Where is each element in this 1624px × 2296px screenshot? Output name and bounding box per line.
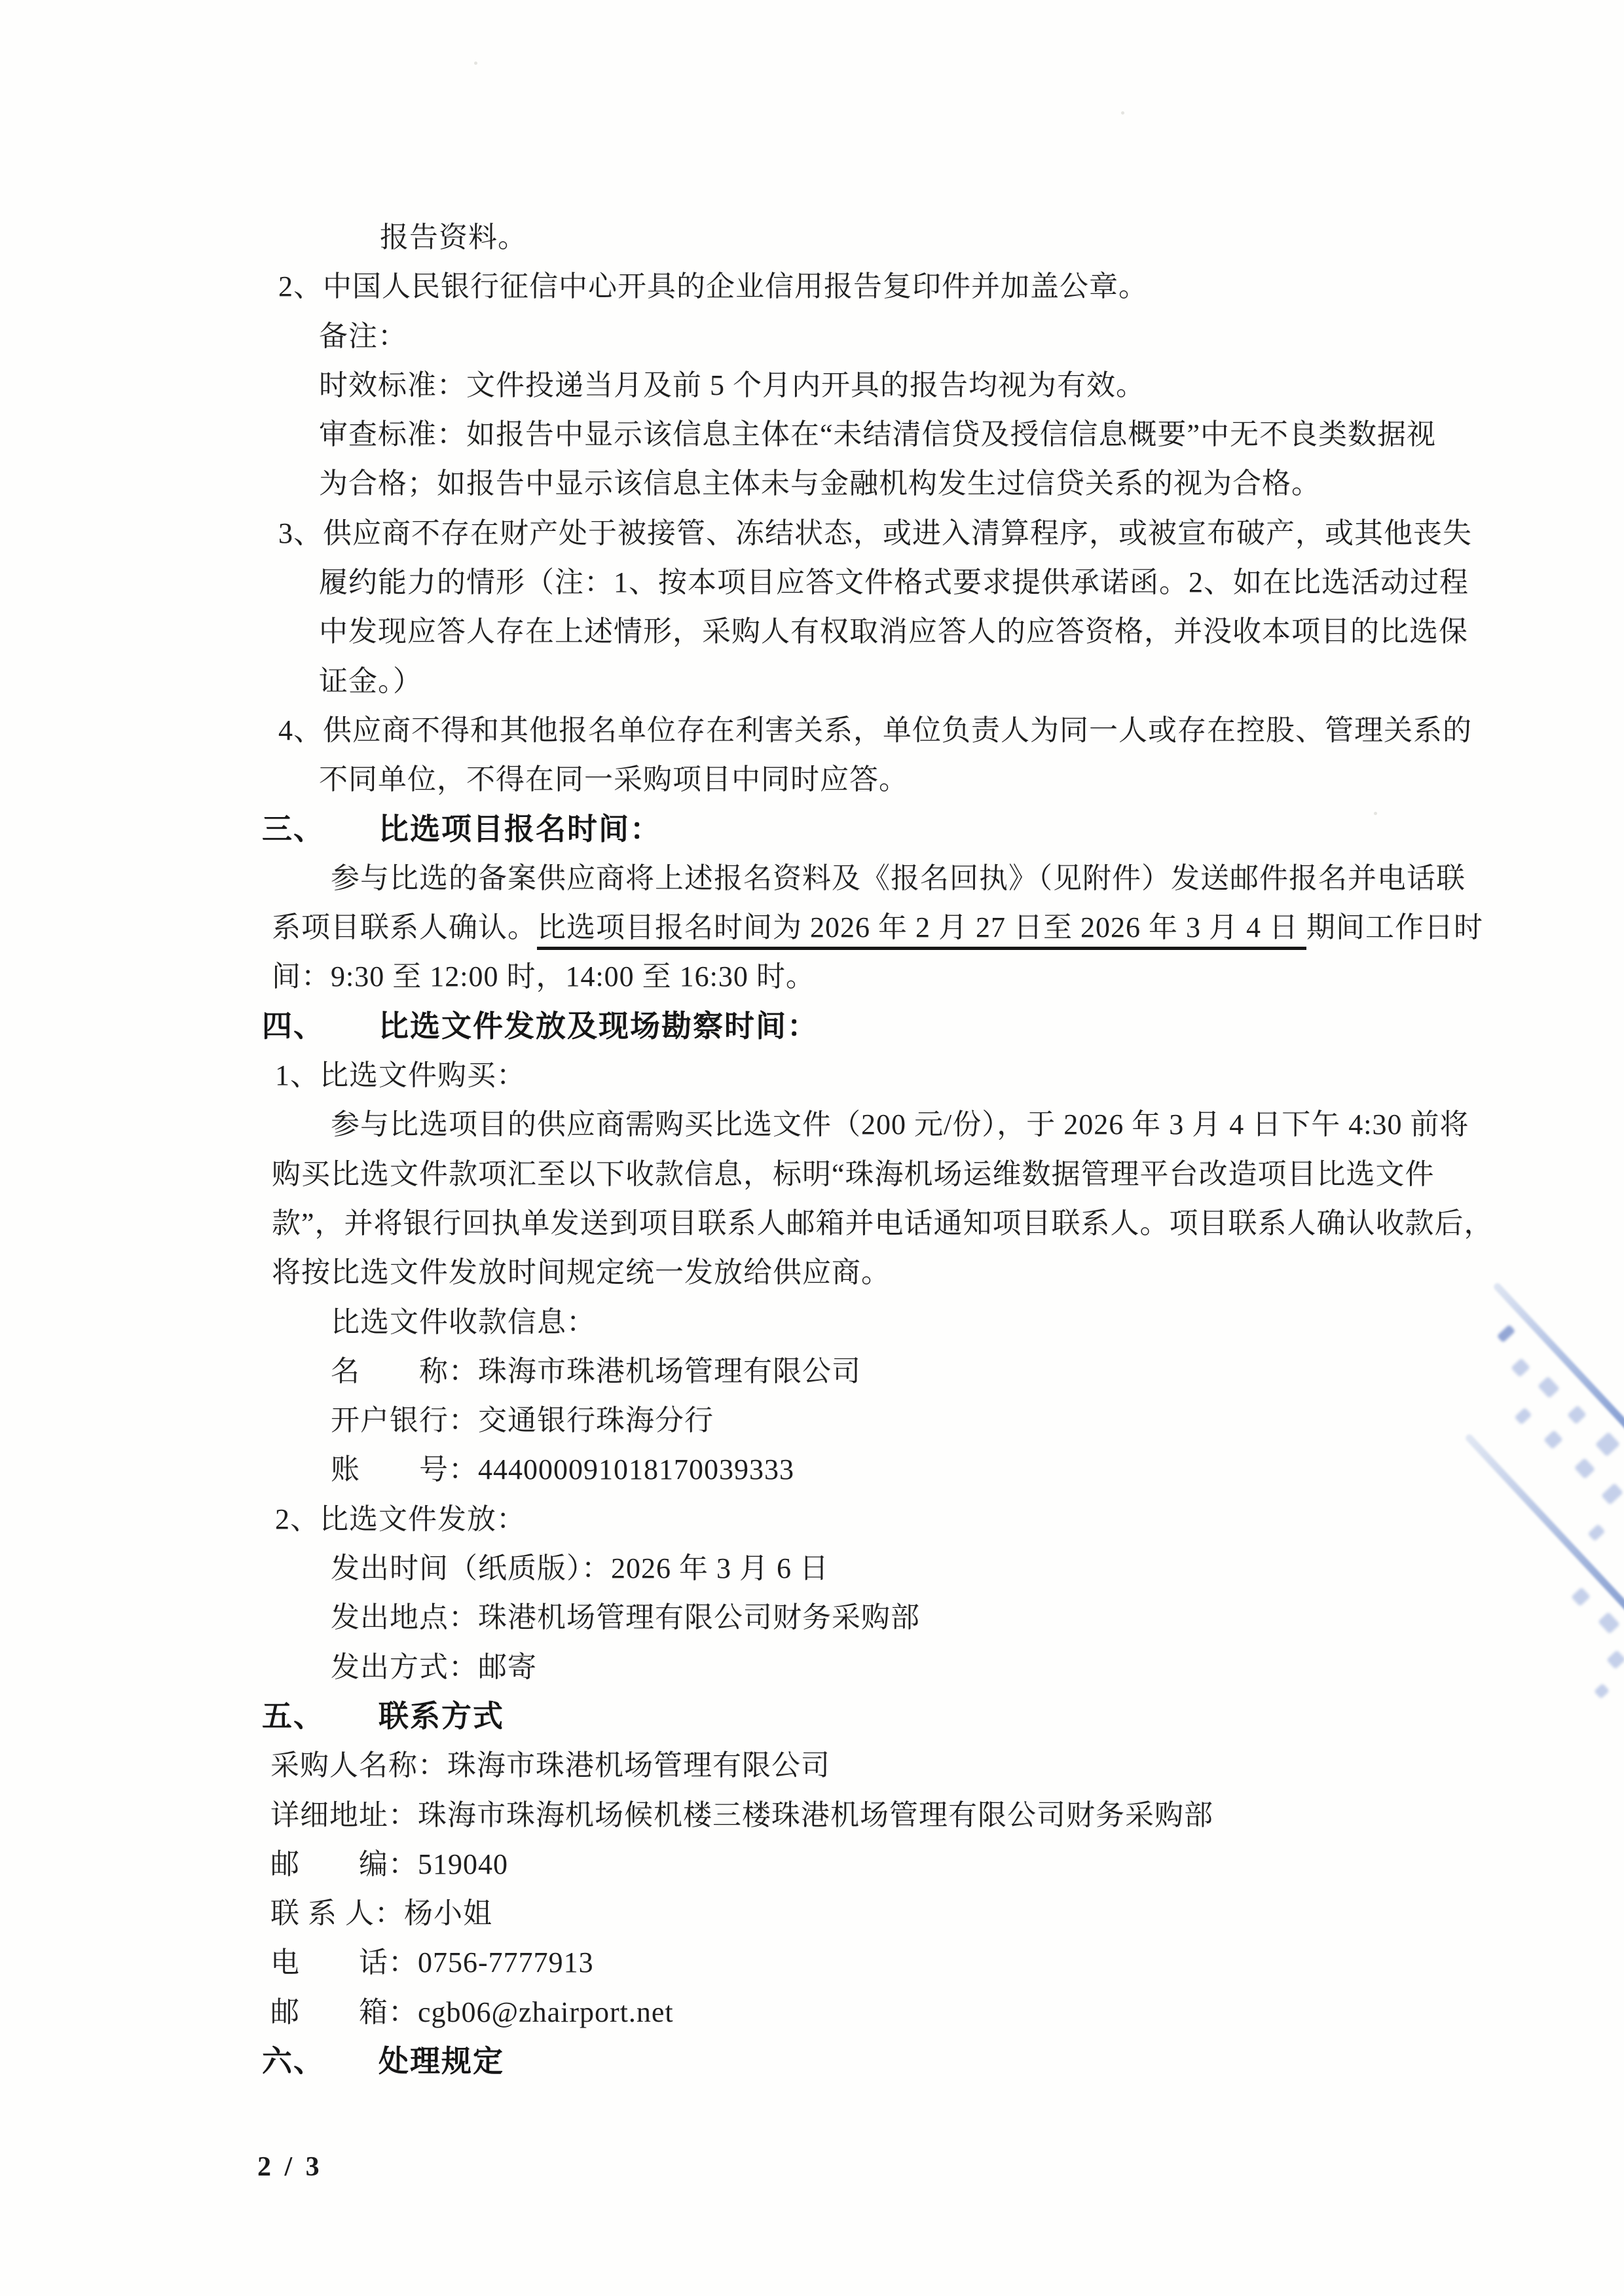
text-run: 发出方式：邮寄 xyxy=(331,1651,537,1683)
text-run: 将按比选文件发放时间规定统一发放给供应商。 xyxy=(272,1256,891,1288)
doc-line: 间：9:30 至 12:00 时，14:00 至 16:30 时。 xyxy=(0,952,1624,1001)
doc-line: 比选文件收款信息： xyxy=(0,1298,1624,1347)
doc-line: 采购人名称：珠海市珠港机场管理有限公司 xyxy=(0,1741,1624,1790)
doc-line: 系项目联系人确认。比选项目报名时间为 2026 年 2 月 27 日至 2026… xyxy=(0,903,1624,952)
doc-line: 2、比选文件发放： xyxy=(0,1495,1624,1544)
doc-line: 参与比选项目的供应商需购买比选文件（200 元/份），于 2026 年 3 月 … xyxy=(0,1100,1624,1149)
scan-speck xyxy=(1121,111,1124,115)
text-run: 3、供应商不存在财产处于被接管、冻结状态，或进入清算程序，或被宣布破产，或其他丧… xyxy=(278,517,1472,549)
text-run: 四、 xyxy=(262,1009,325,1043)
doc-line: 为合格；如报告中显示该信息主体未与金融机构发生过信贷关系的视为合格。 xyxy=(0,459,1624,508)
doc-line: 邮 编：519040 xyxy=(0,1840,1624,1889)
doc-line: 名 称：珠海市珠港机场管理有限公司 xyxy=(0,1347,1624,1396)
section-heading: 六、处理规定 xyxy=(0,2037,1624,2086)
text-run: 电 话：0756-7777913 xyxy=(270,1946,594,1978)
scan-speck xyxy=(474,62,477,65)
text-run: 2、比选文件发放： xyxy=(275,1503,526,1535)
text-run: 备注： xyxy=(319,320,407,352)
text-run: 邮 编：519040 xyxy=(270,1848,508,1880)
text-run: 期间工作日时 xyxy=(1306,911,1483,943)
doc-line: 账 号：444000091018170039333 xyxy=(0,1445,1624,1494)
text-run: 2、中国人民银行征信中心开具的企业信用报告复印件并加盖公章。 xyxy=(278,270,1148,302)
page-number: 2 / 3 xyxy=(257,2151,323,2183)
doc-line: 4、供应商不得和其他报名单位存在利害关系，单位负责人为同一人或存在控股、管理关系… xyxy=(0,706,1624,755)
text-run: 账 号：444000091018170039333 xyxy=(331,1453,794,1485)
doc-line: 参与比选的备案供应商将上述报名资料及《报名回执》（见附件）发送邮件报名并电话联 xyxy=(0,854,1624,903)
doc-line: 将按比选文件发放时间规定统一发放给供应商。 xyxy=(0,1248,1624,1297)
text-run: 名 称：珠海市珠港机场管理有限公司 xyxy=(331,1355,861,1387)
text-run: 比选文件收款信息： xyxy=(331,1306,596,1338)
text-run: 履约能力的情形（注：1、按本项目应答文件格式要求提供承诺函。2、如在比选活动过程 xyxy=(319,566,1469,598)
section-heading: 五、联系方式 xyxy=(0,1692,1624,1741)
text-run: 邮 箱：cgb06@zhairport.net xyxy=(270,1996,674,2028)
text-run: 六、 xyxy=(262,2044,325,2078)
text-run: 三、 xyxy=(262,812,325,846)
text-run: 审查标准：如报告中显示该信息主体在“未结清信贷及授信信息概要”中无不良类数据视 xyxy=(319,418,1436,450)
text-run: 为合格；如报告中显示该信息主体未与金融机构发生过信贷关系的视为合格。 xyxy=(319,467,1321,500)
text-run: 间：9:30 至 12:00 时，14:00 至 16:30 时。 xyxy=(272,960,815,993)
text-run: 比选项目报名时间： xyxy=(378,812,661,846)
doc-line: 审查标准：如报告中显示该信息主体在“未结清信贷及授信信息概要”中无不良类数据视 xyxy=(0,410,1624,459)
text-run: 报告资料。 xyxy=(380,221,527,253)
doc-line: 发出时间（纸质版）：2026 年 3 月 6 日 xyxy=(0,1544,1624,1593)
doc-line: 报告资料。 xyxy=(0,213,1624,262)
text-run: 开户银行：交通银行珠海分行 xyxy=(331,1404,714,1436)
text-run: 时效标准：文件投递当月及前 5 个月内开具的报告均视为有效。 xyxy=(319,369,1145,401)
doc-line: 不同单位，不得在同一采购项目中同时应答。 xyxy=(0,755,1624,804)
document-body: 报告资料。2、中国人民银行征信中心开具的企业信用报告复印件并加盖公章。备注：时效… xyxy=(0,213,1624,2086)
doc-line: 1、比选文件购买： xyxy=(0,1051,1624,1100)
underlined-text-run: 比选项目报名时间为 2026 年 2 月 27 日至 2026 年 3 月 4 … xyxy=(537,911,1306,950)
doc-line: 证金。） xyxy=(0,657,1624,706)
text-run: 五、 xyxy=(262,1699,325,1733)
scanned-document-page: 报告资料。2、中国人民银行征信中心开具的企业信用报告复印件并加盖公章。备注：时效… xyxy=(0,0,1624,2296)
doc-line: 履约能力的情形（注：1、按本项目应答文件格式要求提供承诺函。2、如在比选活动过程 xyxy=(0,558,1624,607)
doc-line: 时效标准：文件投递当月及前 5 个月内开具的报告均视为有效。 xyxy=(0,361,1624,410)
text-run: 比选文件发放及现场勘察时间： xyxy=(378,1009,819,1043)
doc-line: 备注： xyxy=(0,312,1624,361)
text-run: 4、供应商不得和其他报名单位存在利害关系，单位负责人为同一人或存在控股、管理关系… xyxy=(278,714,1472,746)
doc-line: 详细地址：珠海市珠海机场候机楼三楼珠港机场管理有限公司财务采购部 xyxy=(0,1791,1624,1840)
text-run: 证金。） xyxy=(319,665,422,697)
doc-line: 购买比选文件款项汇至以下收款信息，标明“珠海机场运维数据管理平台改造项目比选文件 xyxy=(0,1150,1624,1199)
text-run: 详细地址：珠海市珠海机场候机楼三楼珠港机场管理有限公司财务采购部 xyxy=(270,1799,1213,1831)
text-run: 1、比选文件购买： xyxy=(275,1059,526,1091)
text-run: 发出地点：珠港机场管理有限公司财务采购部 xyxy=(331,1601,920,1633)
text-run: 联系方式 xyxy=(378,1699,504,1733)
text-run: 参与比选的备案供应商将上述报名资料及《报名回执》（见附件）发送邮件报名并电话联 xyxy=(331,862,1466,894)
doc-line: 款”，并将银行回执单发送到项目联系人邮箱并电话通知项目联系人。项目联系人确认收款… xyxy=(0,1199,1624,1248)
section-heading: 三、比选项目报名时间： xyxy=(0,805,1624,854)
doc-line: 开户银行：交通银行珠海分行 xyxy=(0,1396,1624,1445)
doc-line: 电 话：0756-7777913 xyxy=(0,1938,1624,1987)
text-run: 处理规定 xyxy=(378,2044,504,2078)
doc-line: 发出地点：珠港机场管理有限公司财务采购部 xyxy=(0,1593,1624,1642)
text-run: 参与比选项目的供应商需购买比选文件（200 元/份），于 2026 年 3 月 … xyxy=(331,1108,1469,1140)
text-run: 采购人名称：珠海市珠港机场管理有限公司 xyxy=(270,1749,830,1781)
text-run: 发出时间（纸质版）：2026 年 3 月 6 日 xyxy=(331,1552,829,1584)
text-run: 不同单位，不得在同一采购项目中同时应答。 xyxy=(319,763,908,795)
text-run: 系项目联系人确认。 xyxy=(272,911,537,943)
doc-line: 联 系 人：杨小姐 xyxy=(0,1889,1624,1938)
doc-line: 2、中国人民银行征信中心开具的企业信用报告复印件并加盖公章。 xyxy=(0,262,1624,311)
text-run: 中发现应答人存在上述情形，采购人有权取消应答人的应答资格，并没收本项目的比选保 xyxy=(319,615,1468,647)
text-run: 联 系 人：杨小姐 xyxy=(270,1897,492,1929)
text-run: 款”，并将银行回执单发送到项目联系人邮箱并电话通知项目联系人。项目联系人确认收款… xyxy=(272,1207,1494,1239)
doc-line: 邮 箱：cgb06@zhairport.net xyxy=(0,1988,1624,2037)
section-heading: 四、比选文件发放及现场勘察时间： xyxy=(0,1002,1624,1051)
doc-line: 中发现应答人存在上述情形，采购人有权取消应答人的应答资格，并没收本项目的比选保 xyxy=(0,607,1624,656)
doc-line: 3、供应商不存在财产处于被接管、冻结状态，或进入清算程序，或被宣布破产，或其他丧… xyxy=(0,509,1624,558)
doc-line: 发出方式：邮寄 xyxy=(0,1643,1624,1692)
text-run: 购买比选文件款项汇至以下收款信息，标明“珠海机场运维数据管理平台改造项目比选文件 xyxy=(272,1158,1435,1190)
